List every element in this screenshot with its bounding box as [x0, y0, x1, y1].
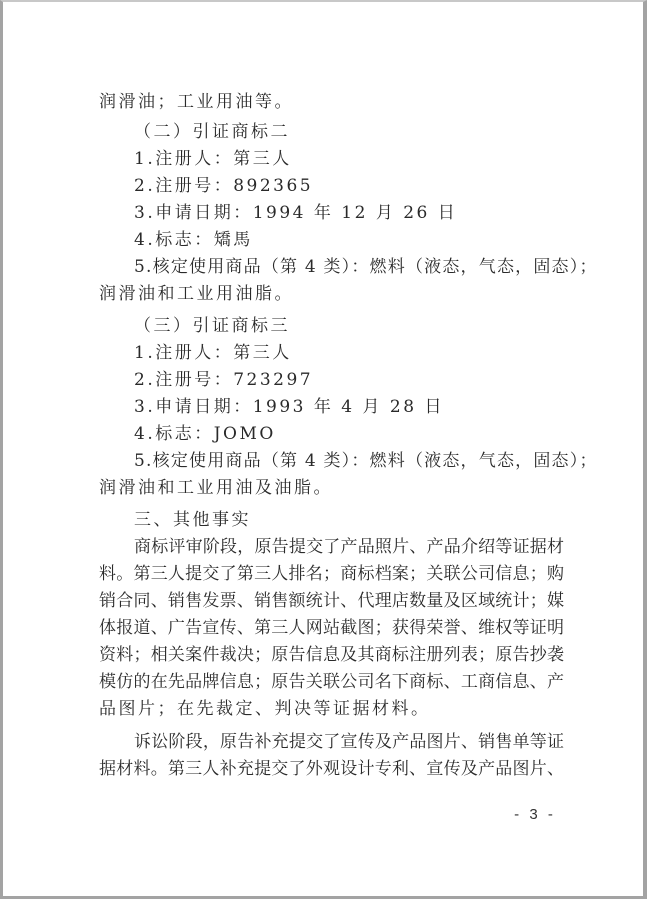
registration-number-line: 2.注册号：723297	[134, 367, 594, 394]
mark-line: 4.标志：矯馬	[134, 227, 594, 254]
goods-line: 5.核定使用商品（第 4 类）：燃料（液态，气态，固态）；	[134, 254, 594, 281]
paragraph-line: 体报道、广告宣传、第三人网站截图；获得荣誉、维权等证明	[99, 615, 564, 642]
goods-line-continuation: 润滑油和工业用油脂。	[99, 281, 559, 308]
document-page: 润滑油；工业用油等。 （二）引证商标二 1.注册人：第三人 2.注册号：8923…	[0, 0, 647, 899]
section-heading-other-facts: 三、其他事实	[134, 507, 594, 534]
page-number: - 3 -	[509, 804, 561, 826]
registration-number-line: 2.注册号：892365	[134, 173, 594, 200]
goods-line-continuation: 润滑油和工业用油及油脂。	[99, 475, 559, 502]
paragraph-line: 料。第三人提交了第三人排名；商标档案；关联公司信息；购	[99, 561, 564, 588]
paragraph-line: 品图片；在先裁定、判决等证据材料。	[99, 696, 559, 723]
paragraph-line: 模仿的在先品牌信息；原告关联公司名下商标、工商信息、产	[99, 669, 564, 696]
application-date-line: 3.申请日期：1993 年 4 月 28 日	[134, 394, 594, 421]
registrant-line: 1.注册人：第三人	[134, 146, 594, 173]
paragraph-line: 商标评审阶段，原告提交了产品照片、产品介绍等证据材	[134, 534, 564, 561]
paragraph-line: 诉讼阶段，原告补充提交了宣传及产品图片、销售单等证	[134, 729, 564, 756]
section-heading-cited-mark-3: （三）引证商标三	[134, 313, 594, 340]
text-line-continuation: 润滑油；工业用油等。	[99, 89, 559, 116]
application-date-line: 3.申请日期：1994 年 12 月 26 日	[134, 200, 594, 227]
section-heading-cited-mark-2: （二）引证商标二	[134, 119, 594, 146]
paragraph-line: 销合同、销售发票、销售额统计、代理店数量及区域统计；媒	[99, 588, 564, 615]
registrant-line: 1.注册人：第三人	[134, 340, 594, 367]
mark-line: 4.标志：JOMO	[134, 421, 594, 448]
goods-line: 5.核定使用商品（第 4 类）：燃料（液态，气态，固态）；	[134, 448, 594, 475]
paragraph-line: 据材料。第三人补充提交了外观设计专利、宣传及产品图片、	[99, 756, 564, 783]
paragraph-line: 资料；相关案件裁决；原告信息及其商标注册列表；原告抄袭	[99, 642, 564, 669]
